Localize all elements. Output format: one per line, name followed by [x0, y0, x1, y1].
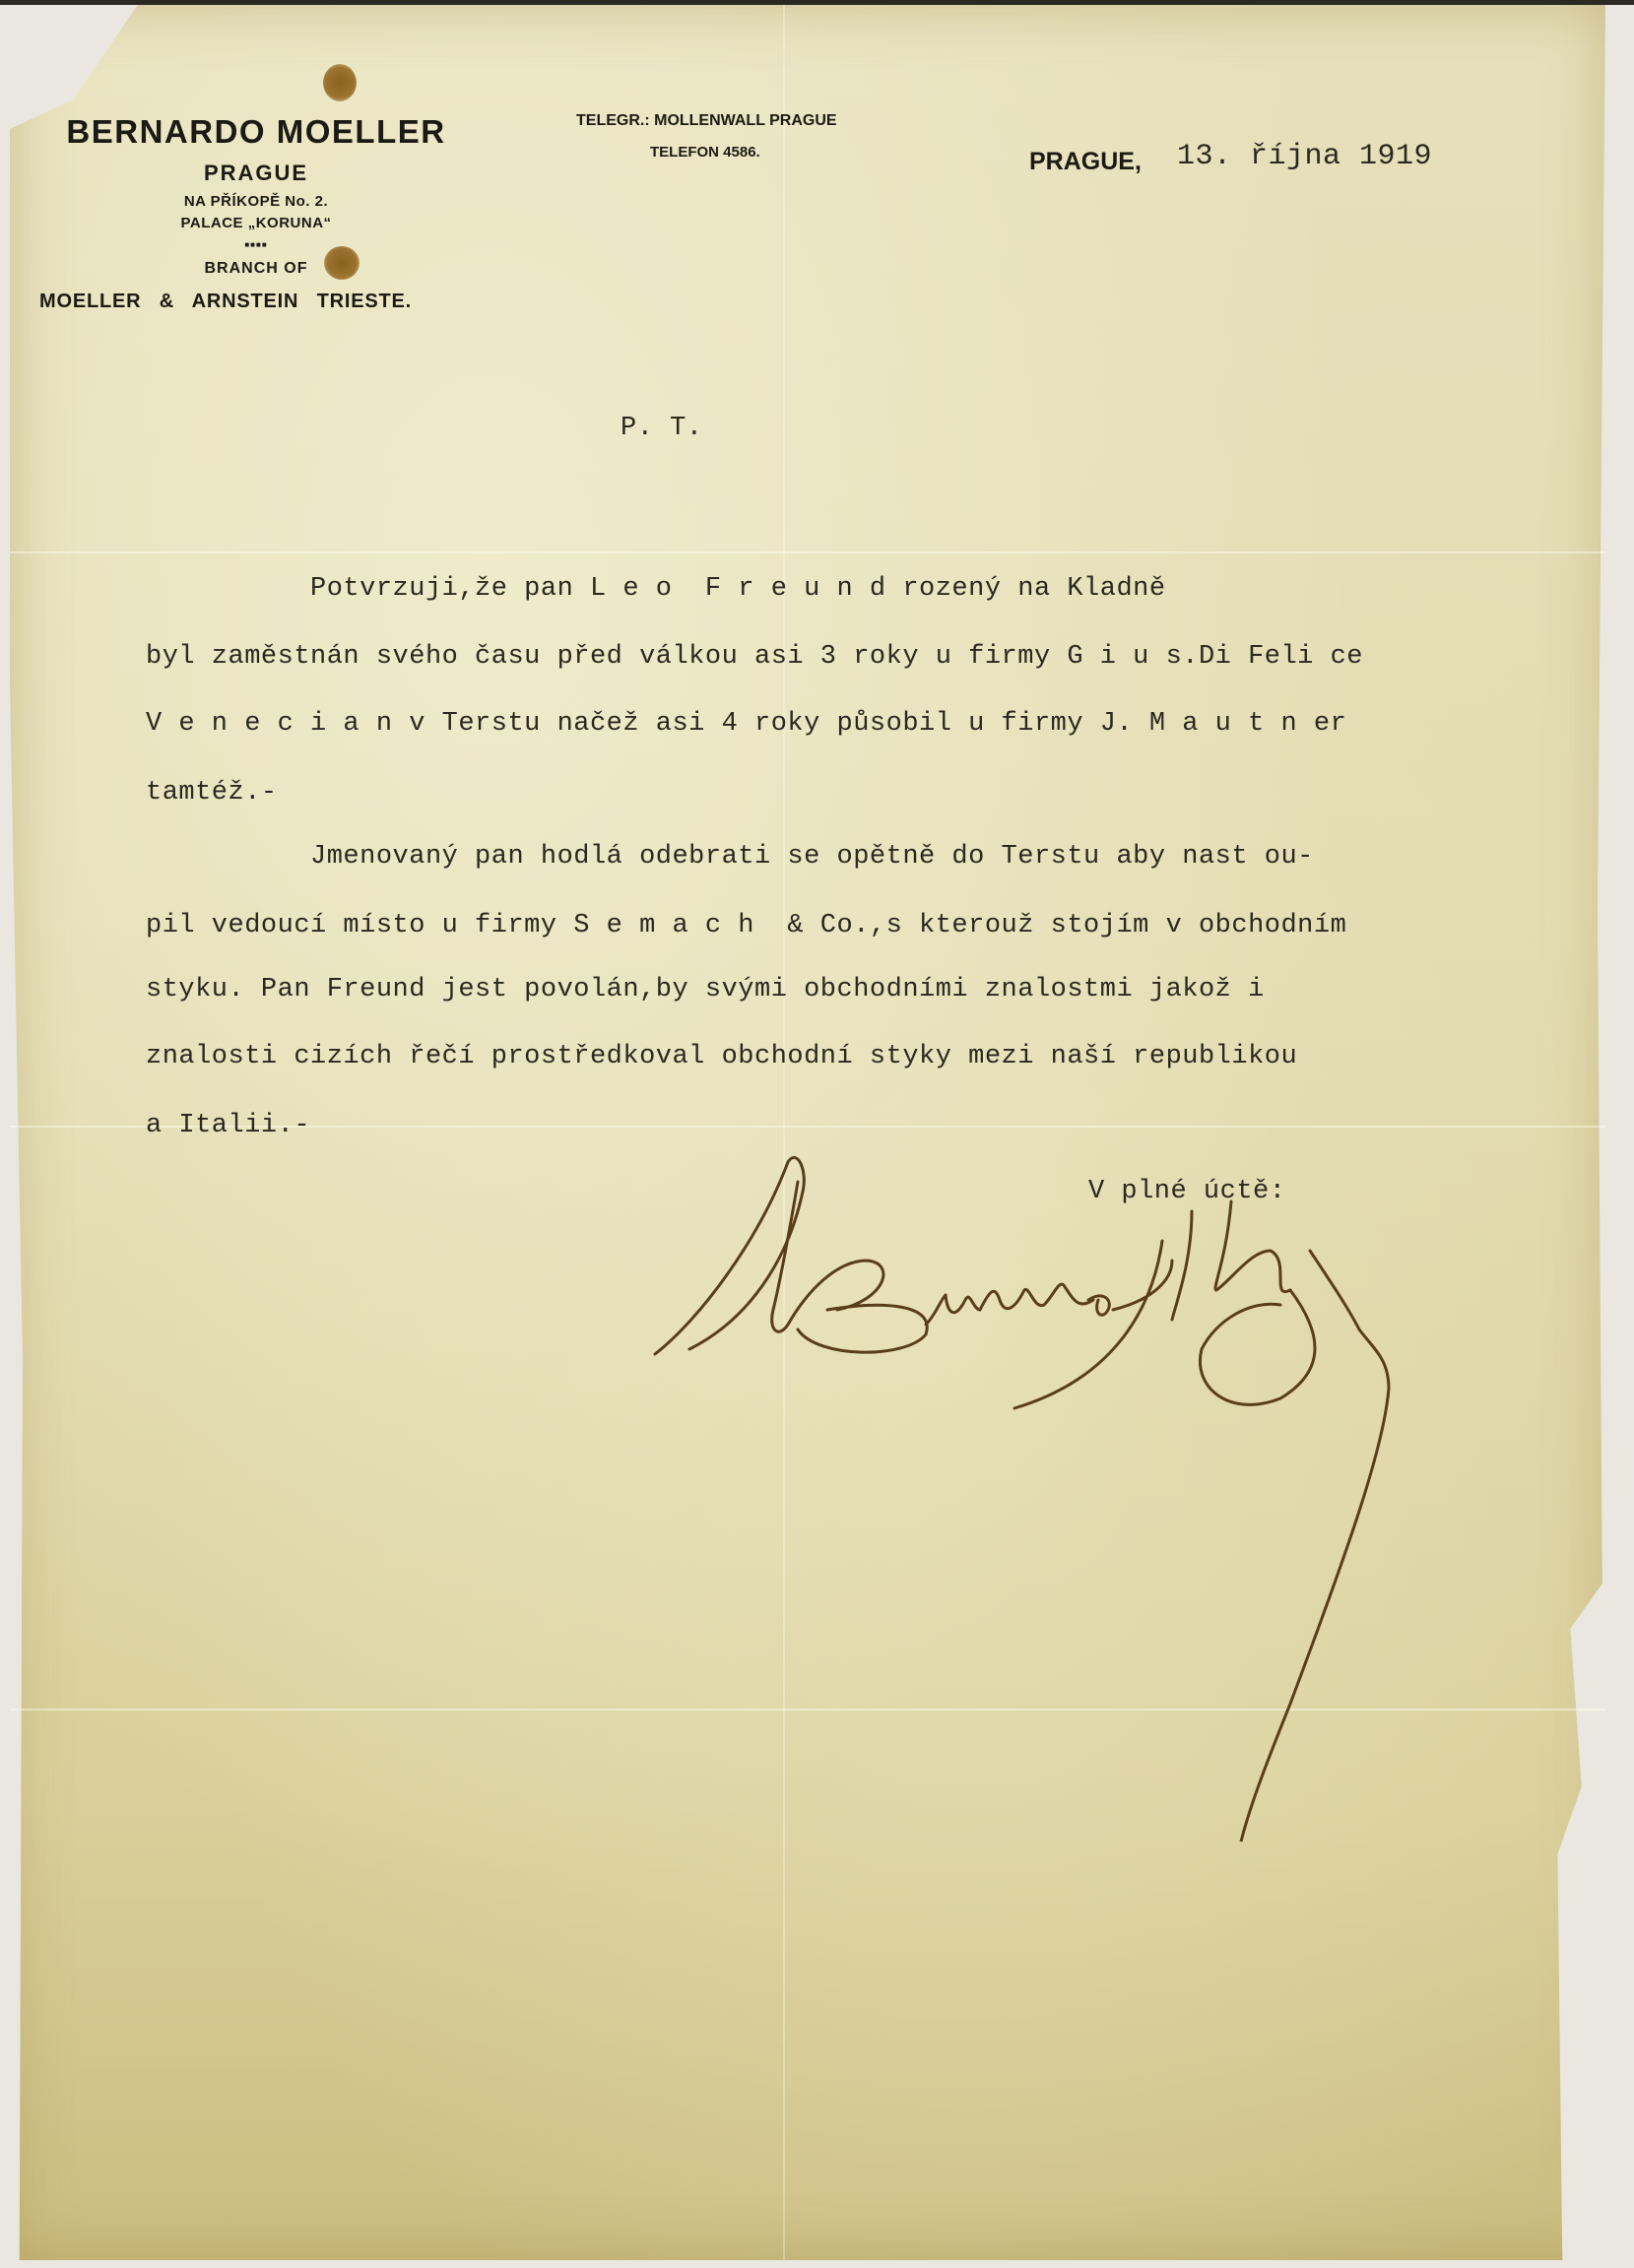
body-line: Potvrzuji,že pan L e o F r e u n d rozen… [146, 574, 1166, 604]
telegraph-address: TELEGR.: MOLLENWALL PRAGUE [576, 112, 911, 130]
body-line: styku. Pan Freund jest povolán,by svými … [146, 975, 1265, 1004]
company-city: PRAGUE [39, 161, 473, 186]
parent-company: MOELLER & ARNSTEIN TRIESTE. [39, 291, 473, 313]
body-line: pil vedoucí místo u firmy S e m a c h & … [146, 911, 1346, 940]
letterhead-separator: ■■■■ [39, 240, 473, 249]
body-line: a Italii.- [146, 1111, 310, 1140]
stain-spot [323, 64, 357, 101]
letter-date: 13. října 1919 [1177, 140, 1432, 173]
telephone-number: TELEFON 4586. [650, 144, 847, 161]
branch-label: BRANCH OF [39, 260, 473, 278]
body-line: tamtéž.- [146, 778, 278, 808]
fold-crease [10, 551, 1605, 553]
scan-border [0, 0, 1634, 5]
body-line: V e n e c i a n v Terstu načež asi 4 rok… [146, 709, 1346, 739]
company-address: NA PŘÍKOPĚ No. 2. [39, 193, 473, 210]
body-line: Jmenovaný pan hodlá odebrati se opětně d… [146, 842, 1314, 872]
place-label: PRAGUE, [1029, 148, 1157, 176]
fold-crease-vertical [783, 5, 785, 2260]
company-building: PALACE „KORUNA“ [39, 215, 473, 231]
company-name: BERNARDO MOELLER [39, 113, 473, 151]
body-line: znalosti cizích řečí prostředkoval obcho… [146, 1042, 1297, 1071]
body-line: byl zaměstnán svého času před válkou asi… [146, 642, 1363, 672]
salutation: P. T. [621, 414, 703, 443]
signature-icon [640, 1152, 1625, 1842]
